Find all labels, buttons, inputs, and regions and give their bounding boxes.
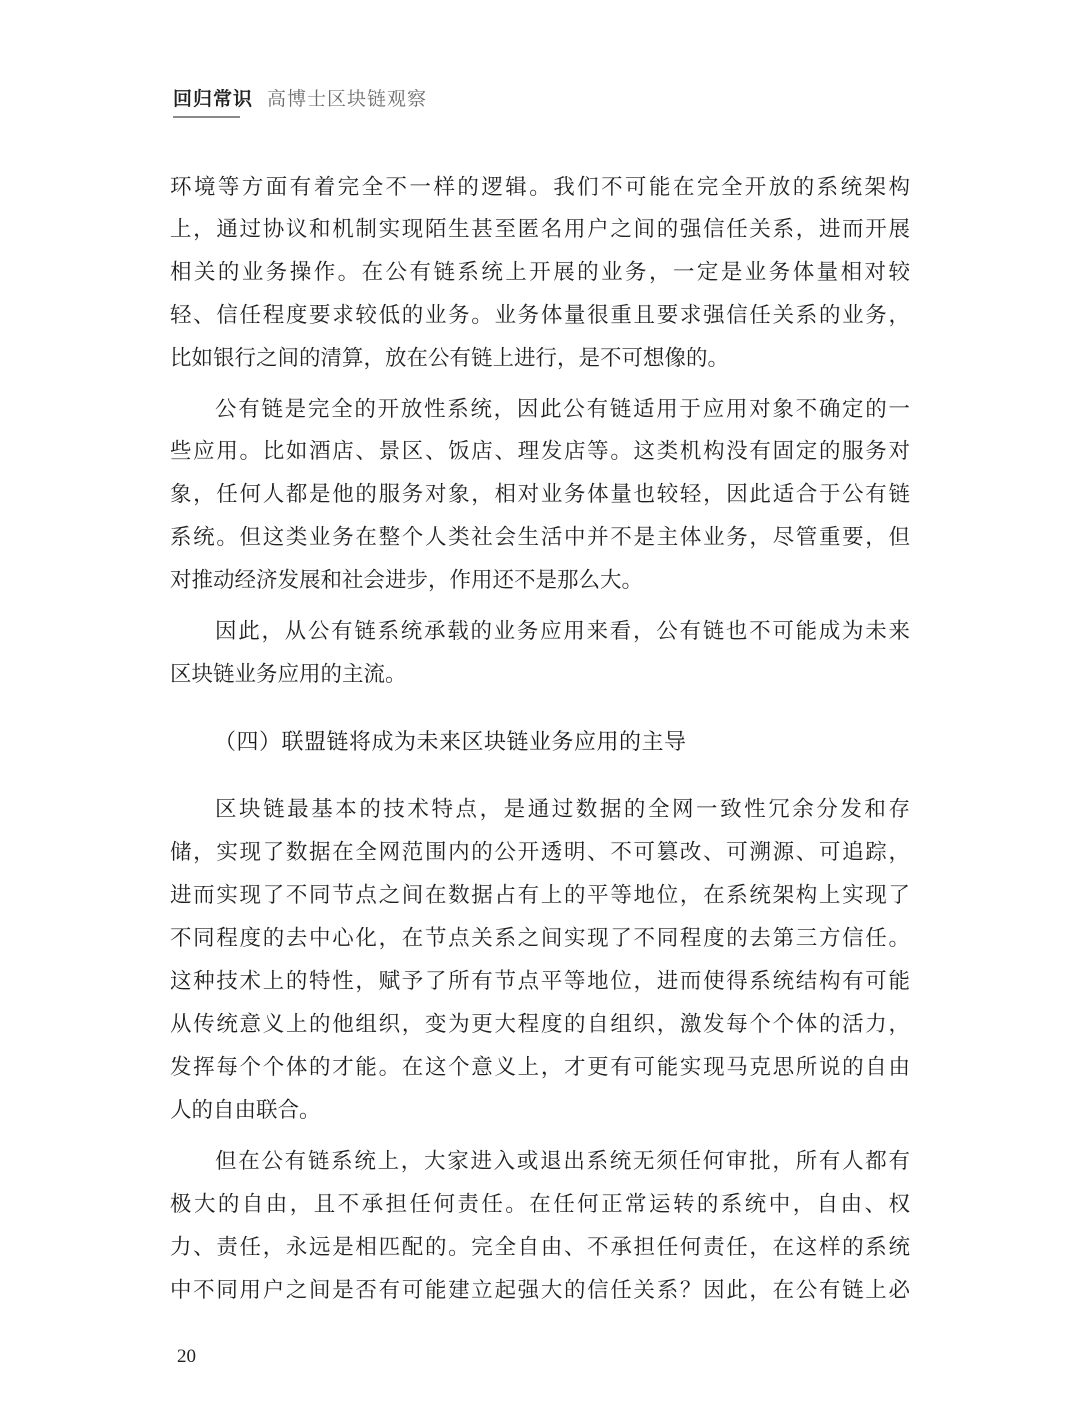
page-number: 20 bbox=[177, 1346, 196, 1368]
paragraph-line: 象，任何人都是他的服务对象，相对业务体量也较轻，因此适合于公有链 bbox=[170, 480, 910, 510]
paragraph-line: 极大的自由，且不承担任何责任。在任何正常运转的系统中，自由、权 bbox=[170, 1190, 910, 1220]
header-underline bbox=[173, 116, 240, 118]
paragraph-line: 进而实现了不同节点之间在数据占有上的平等地位，在系统架构上实现了 bbox=[170, 881, 910, 911]
paragraph-line: 对推动经济发展和社会进步，作用还不是那么大。 bbox=[170, 566, 910, 596]
paragraph-line: 环境等方面有着完全不一样的逻辑。我们不可能在完全开放的系统架构 bbox=[170, 173, 910, 203]
paragraph-line: 因此，从公有链系统承载的业务应用来看，公有链也不可能成为未来 bbox=[170, 617, 910, 647]
paragraph-line: 中不同用户之间是否有可能建立起强大的信任关系？因此，在公有链上必 bbox=[170, 1276, 910, 1306]
paragraph-line: 比如银行之间的清算，放在公有链上进行，是不可想像的。 bbox=[170, 344, 910, 374]
paragraph-line: 公有链是完全的开放性系统，因此公有链适用于应用对象不确定的一 bbox=[170, 395, 910, 425]
paragraph-line: 区块链业务应用的主流。 bbox=[170, 660, 910, 690]
paragraph-line: 从传统意义上的他组织，变为更大程度的自组织，激发每个个体的活力， bbox=[170, 1010, 910, 1040]
series-title: 高博士区块链观察 bbox=[267, 88, 427, 110]
paragraph-line: 力、责任，永远是相匹配的。完全自由、不承担任何责任，在这样的系统 bbox=[170, 1233, 910, 1263]
paragraph-line: 轻、信任程度要求较低的业务。业务体量很重且要求强信任关系的业务， bbox=[170, 301, 910, 331]
paragraph-line: 但在公有链系统上，大家进入或退出系统无须任何审批，所有人都有 bbox=[170, 1147, 910, 1177]
paragraph-line: 储，实现了数据在全网范围内的公开透明、不可篡改、可溯源、可追踪， bbox=[170, 838, 910, 868]
running-header: 回归常识高博士区块链观察 bbox=[173, 84, 427, 111]
paragraph-line: 这种技术上的特性，赋予了所有节点平等地位，进而使得系统结构有可能 bbox=[170, 967, 910, 997]
paragraph-line: 不同程度的去中心化，在节点关系之间实现了不同程度的去第三方信任。 bbox=[170, 924, 910, 954]
paragraph-line: 发挥每个个体的才能。在这个意义上，才更有可能实现马克思所说的自由 bbox=[170, 1053, 910, 1083]
paragraph-line: 系统。但这类业务在整个人类社会生活中并不是主体业务，尽管重要，但 bbox=[170, 523, 910, 553]
paragraph-line: 上，通过协议和机制实现陌生甚至匿名用户之间的强信任关系，进而开展 bbox=[170, 215, 910, 245]
paragraph-line: 区块链最基本的技术特点，是通过数据的全网一致性冗余分发和存 bbox=[170, 795, 910, 825]
paragraph-line: 些应用。比如酒店、景区、饭店、理发店等。这类机构没有固定的服务对 bbox=[170, 437, 910, 467]
paragraph-line: 相关的业务操作。在公有链系统上开展的业务，一定是业务体量相对较 bbox=[170, 258, 910, 288]
section-heading: （四）联盟链将成为未来区块链业务应用的主导 bbox=[214, 728, 687, 758]
book-title: 回归常识 bbox=[173, 88, 253, 110]
paragraph-line: 人的自由联合。 bbox=[170, 1096, 910, 1126]
